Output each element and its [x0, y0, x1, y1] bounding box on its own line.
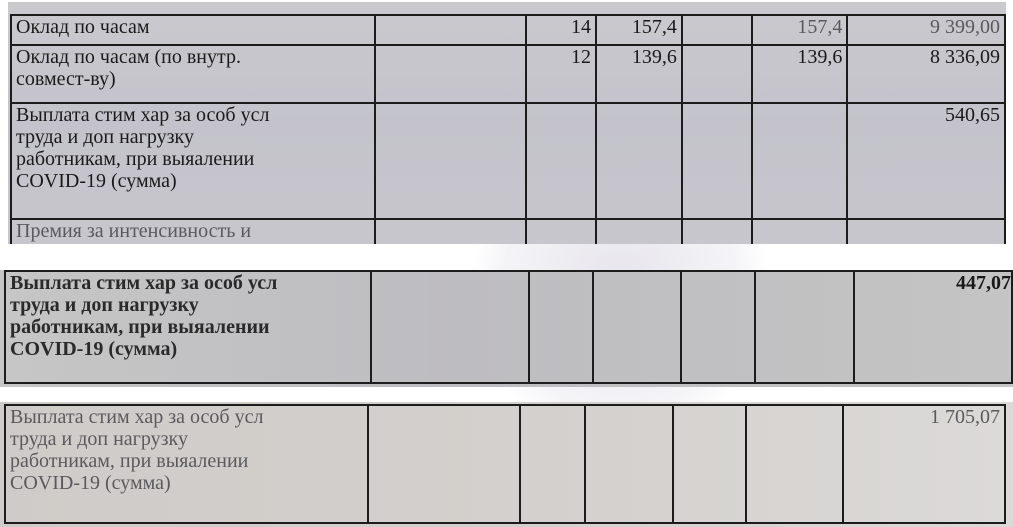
payslip-fragment-1: Оклад по часам 14 157,4 157,4 9 399,00 О… — [8, 2, 1006, 244]
cell — [375, 103, 526, 219]
cell — [371, 271, 529, 383]
cell-amount: 9 399,00 — [847, 15, 1005, 45]
cell-amount: 540,65 — [847, 103, 1005, 219]
row-label: Оклад по часам (по внутр. совмест-ву) — [11, 45, 375, 103]
cell — [682, 45, 752, 103]
cell — [596, 103, 682, 219]
cell — [755, 271, 855, 383]
cell — [847, 219, 1005, 244]
row-label: Выплата стим хар за особ усл труда и доп… — [5, 271, 371, 383]
table-row: Выплата стим хар за особ усл труда и доп… — [11, 103, 1005, 219]
cell — [593, 271, 681, 383]
cell-days: 14 — [526, 15, 596, 45]
payslip-table-1: Оклад по часам 14 157,4 157,4 9 399,00 О… — [10, 14, 1006, 244]
payslip-table-2: Выплата стим хар за особ усл труда и доп… — [4, 270, 1013, 384]
cell — [529, 271, 593, 383]
cell-hours: 157,4 — [596, 15, 682, 45]
table-row: Выплата стим хар за особ усл труда и доп… — [5, 405, 1005, 523]
cell — [585, 405, 673, 523]
cell-amount: 8 336,09 — [847, 45, 1005, 103]
payslip-fragment-3: Выплата стим хар за особ усл труда и доп… — [0, 402, 1013, 527]
table-row: Оклад по часам 14 157,4 157,4 9 399,00 — [11, 15, 1005, 45]
table-row: Оклад по часам (по внутр. совмест-ву) 12… — [11, 45, 1005, 103]
cell — [681, 271, 754, 383]
row-label: Выплата стим хар за особ усл труда и доп… — [5, 405, 368, 523]
row-label: Выплата стим хар за особ усл труда и доп… — [11, 103, 375, 219]
cell — [526, 219, 596, 244]
cell-hours-paid: 139,6 — [752, 45, 848, 103]
cell-hours-paid: 157,4 — [752, 15, 848, 45]
cell — [375, 15, 526, 45]
table-row: Выплата стим хар за особ усл труда и доп… — [5, 271, 1012, 383]
cell — [375, 219, 526, 244]
payslip-table-3: Выплата стим хар за особ усл труда и доп… — [4, 404, 1006, 524]
payslip-fragment-2: Выплата стим хар за особ усл труда и доп… — [0, 270, 1013, 387]
cell — [368, 405, 520, 523]
cell — [526, 103, 596, 219]
cell — [596, 219, 682, 244]
cell — [682, 103, 752, 219]
cell — [752, 219, 848, 244]
cell-days: 12 — [526, 45, 596, 103]
cell — [520, 405, 585, 523]
cell — [746, 405, 843, 523]
cell-amount: 447,07 — [854, 271, 1012, 383]
cell-amount: 1 705,07 — [843, 405, 1005, 523]
cell — [752, 103, 848, 219]
cell — [673, 405, 746, 523]
cell-hours: 139,6 — [596, 45, 682, 103]
table-row: Премия за интенсивность и — [11, 219, 1005, 244]
cell — [682, 15, 752, 45]
row-label: Премия за интенсивность и — [11, 219, 375, 244]
cell — [682, 219, 752, 244]
row-label: Оклад по часам — [11, 15, 375, 45]
cell — [375, 45, 526, 103]
